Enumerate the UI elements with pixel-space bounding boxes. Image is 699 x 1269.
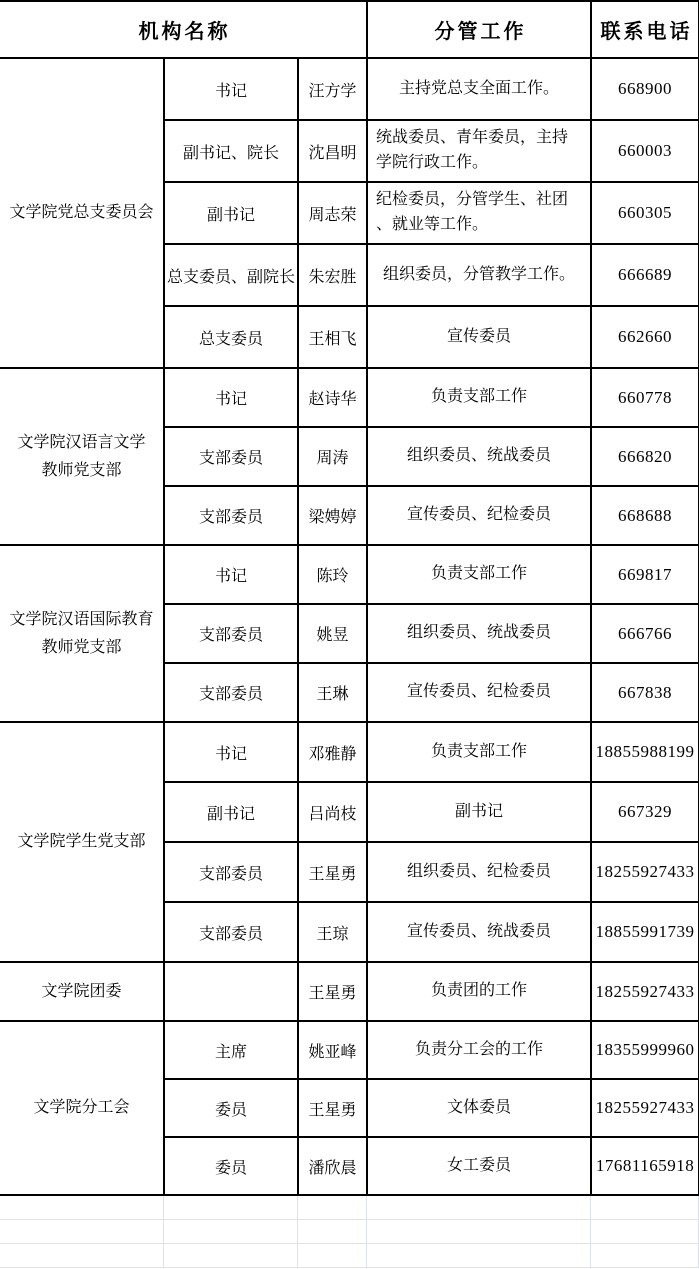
position-cell: 书记 bbox=[164, 58, 298, 120]
empty-cell bbox=[164, 1220, 298, 1243]
org-name-cell: 文学院学生党支部 bbox=[0, 722, 164, 962]
position-cell: 副书记 bbox=[164, 782, 298, 842]
duty-cell: 负责支部工作 bbox=[367, 368, 591, 427]
position-cell: 副书记、院长 bbox=[164, 120, 298, 182]
position-cell: 委员 bbox=[164, 1137, 298, 1195]
table-row: 文学院团委 王星勇 负责团的工作 18255927433 bbox=[0, 962, 699, 1021]
empty-cell bbox=[591, 1244, 699, 1267]
phone-cell: 18855991739 bbox=[591, 902, 699, 962]
position-cell: 委员 bbox=[164, 1079, 298, 1137]
duty-cell: 女工委员 bbox=[367, 1137, 591, 1195]
table-row: 文学院汉语国际教育 教师党支部 书记 陈玲 负责支部工作 669817 bbox=[0, 545, 699, 604]
person-name-cell: 王星勇 bbox=[298, 1079, 367, 1137]
empty-cell bbox=[164, 1196, 298, 1219]
phone-cell: 660778 bbox=[591, 368, 699, 427]
phone-cell: 18855988199 bbox=[591, 722, 699, 782]
header-org-name: 机构名称 bbox=[0, 1, 367, 58]
person-name-cell: 王星勇 bbox=[298, 842, 367, 902]
person-name-cell: 王琼 bbox=[298, 902, 367, 962]
phone-cell: 669817 bbox=[591, 545, 699, 604]
position-cell: 总支委员 bbox=[164, 306, 298, 368]
position-cell: 支部委员 bbox=[164, 427, 298, 486]
duty-cell: 组织委员，分管教学工作。 bbox=[367, 244, 591, 306]
table-row: 文学院分工会 主席 姚亚峰 负责分工会的工作 18355999960 bbox=[0, 1021, 699, 1079]
person-name-cell: 潘欣晨 bbox=[298, 1137, 367, 1195]
empty-cell bbox=[367, 1196, 591, 1219]
position-cell: 书记 bbox=[164, 722, 298, 782]
header-phone: 联系电话 bbox=[591, 1, 699, 58]
phone-cell: 667329 bbox=[591, 782, 699, 842]
duty-cell: 文体委员 bbox=[367, 1079, 591, 1137]
empty-cell bbox=[0, 1196, 164, 1219]
phone-cell: 667838 bbox=[591, 663, 699, 722]
empty-cell bbox=[591, 1196, 699, 1219]
table-row: 文学院学生党支部 书记 邓雅静 负责支部工作 18855988199 bbox=[0, 722, 699, 782]
duty-cell: 负责支部工作 bbox=[367, 722, 591, 782]
position-cell: 主席 bbox=[164, 1021, 298, 1079]
person-name-cell: 邓雅静 bbox=[298, 722, 367, 782]
empty-cell bbox=[298, 1220, 367, 1243]
person-name-cell: 赵诗华 bbox=[298, 368, 367, 427]
person-name-cell: 王琳 bbox=[298, 663, 367, 722]
position-cell: 书记 bbox=[164, 368, 298, 427]
position-cell: 支部委员 bbox=[164, 902, 298, 962]
empty-cell bbox=[591, 1220, 699, 1243]
phone-cell: 18255927433 bbox=[591, 962, 699, 1021]
position-cell: 副书记 bbox=[164, 182, 298, 244]
phone-cell: 668688 bbox=[591, 486, 699, 545]
duty-cell: 纪检委员，分管学生、社团、就业等工作。 bbox=[367, 182, 591, 244]
person-name-cell: 王相飞 bbox=[298, 306, 367, 368]
header-row: 机构名称 分管工作 联系电话 bbox=[0, 1, 699, 58]
duty-cell: 负责支部工作 bbox=[367, 545, 591, 604]
empty-cell bbox=[367, 1244, 591, 1267]
org-name-cell: 文学院团委 bbox=[0, 962, 164, 1021]
empty-cell bbox=[298, 1196, 367, 1219]
phone-cell: 666689 bbox=[591, 244, 699, 306]
person-name-cell: 沈昌明 bbox=[298, 120, 367, 182]
position-cell: 支部委员 bbox=[164, 486, 298, 545]
phone-cell: 660305 bbox=[591, 182, 699, 244]
empty-row bbox=[0, 1244, 699, 1268]
person-name-cell: 汪方学 bbox=[298, 58, 367, 120]
person-name-cell: 吕尚枝 bbox=[298, 782, 367, 842]
position-cell: 支部委员 bbox=[164, 663, 298, 722]
duty-cell: 宣传委员 bbox=[367, 306, 591, 368]
person-name-cell: 梁娉婷 bbox=[298, 486, 367, 545]
duty-cell: 宣传委员、纪检委员 bbox=[367, 663, 591, 722]
person-name-cell: 王星勇 bbox=[298, 962, 367, 1021]
position-cell: 支部委员 bbox=[164, 842, 298, 902]
position-cell: 总支委员、副院长 bbox=[164, 244, 298, 306]
position-cell bbox=[164, 962, 298, 1021]
phone-cell: 660003 bbox=[591, 120, 699, 182]
phone-cell: 666766 bbox=[591, 604, 699, 663]
position-cell: 书记 bbox=[164, 545, 298, 604]
header-duty: 分管工作 bbox=[367, 1, 591, 58]
org-name-cell: 文学院党总支委员会 bbox=[0, 58, 164, 368]
org-name-cell: 文学院汉语国际教育 教师党支部 bbox=[0, 545, 164, 722]
phone-cell: 668900 bbox=[591, 58, 699, 120]
position-cell: 支部委员 bbox=[164, 604, 298, 663]
duty-cell: 负责分工会的工作 bbox=[367, 1021, 591, 1079]
empty-row bbox=[0, 1196, 699, 1220]
empty-cell bbox=[164, 1244, 298, 1267]
duty-cell: 统战委员、青年委员，主持学院行政工作。 bbox=[367, 120, 591, 182]
phone-cell: 666820 bbox=[591, 427, 699, 486]
empty-cell bbox=[0, 1220, 164, 1243]
phone-cell: 18355999960 bbox=[591, 1021, 699, 1079]
org-name-cell: 文学院分工会 bbox=[0, 1021, 164, 1195]
org-name-cell: 文学院汉语言文学 教师党支部 bbox=[0, 368, 164, 545]
duty-cell: 宣传委员、统战委员 bbox=[367, 902, 591, 962]
duty-cell: 组织委员、统战委员 bbox=[367, 427, 591, 486]
phone-cell: 18255927433 bbox=[591, 842, 699, 902]
duty-cell: 组织委员、统战委员 bbox=[367, 604, 591, 663]
duty-cell: 组织委员、纪检委员 bbox=[367, 842, 591, 902]
duty-cell: 宣传委员、纪检委员 bbox=[367, 486, 591, 545]
table-row: 文学院汉语言文学 教师党支部 书记 赵诗华 负责支部工作 660778 bbox=[0, 368, 699, 427]
empty-spreadsheet-rows bbox=[0, 1196, 699, 1268]
duty-cell: 副书记 bbox=[367, 782, 591, 842]
empty-cell bbox=[298, 1244, 367, 1267]
person-name-cell: 陈玲 bbox=[298, 545, 367, 604]
duty-cell: 负责团的工作 bbox=[367, 962, 591, 1021]
person-name-cell: 姚昱 bbox=[298, 604, 367, 663]
person-name-cell: 周志荣 bbox=[298, 182, 367, 244]
table-row: 文学院党总支委员会 书记 汪方学 主持党总支全面工作。 668900 bbox=[0, 58, 699, 120]
empty-cell bbox=[367, 1220, 591, 1243]
org-contact-table: 机构名称 分管工作 联系电话 文学院党总支委员会 书记 汪方学 主持党总支全面工… bbox=[0, 0, 699, 1196]
person-name-cell: 朱宏胜 bbox=[298, 244, 367, 306]
person-name-cell: 周涛 bbox=[298, 427, 367, 486]
person-name-cell: 姚亚峰 bbox=[298, 1021, 367, 1079]
phone-cell: 662660 bbox=[591, 306, 699, 368]
duty-cell: 主持党总支全面工作。 bbox=[367, 58, 591, 120]
phone-cell: 18255927433 bbox=[591, 1079, 699, 1137]
empty-cell bbox=[0, 1244, 164, 1267]
phone-cell: 17681165918 bbox=[591, 1137, 699, 1195]
empty-row bbox=[0, 1220, 699, 1244]
